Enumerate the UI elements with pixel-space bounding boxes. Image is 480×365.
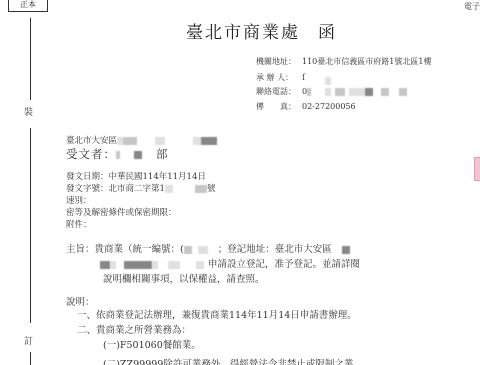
document-number: 發文字號：北市商二字第1號 xyxy=(66,182,215,194)
header-fax: 傳 真：02-27200056 xyxy=(256,101,356,112)
redaction xyxy=(195,185,207,193)
binding-mark-zhuang: 裝 xyxy=(24,105,33,118)
redaction xyxy=(349,88,365,96)
redaction xyxy=(335,88,345,96)
binding-line-middle xyxy=(30,128,31,323)
subject-line-3: 說明欄相關事項，以保權益，請查照。 xyxy=(103,271,265,285)
document-title: 臺北市商業處函 xyxy=(186,18,337,43)
binding-mark-ding: 訂 xyxy=(24,334,33,347)
red-seal-stamp xyxy=(474,157,480,181)
electronic-label: 電子 xyxy=(464,1,480,12)
redaction xyxy=(307,88,311,96)
business-item-1: (一)F501060餐館業。 xyxy=(103,337,201,351)
redaction xyxy=(134,151,142,159)
issuing-agency: 臺北市商業處 xyxy=(186,23,300,43)
redaction xyxy=(168,261,180,269)
redaction xyxy=(124,261,152,269)
redaction xyxy=(342,246,350,254)
redaction xyxy=(399,88,407,96)
redaction xyxy=(184,246,192,254)
recipient: 受文者：部 xyxy=(66,146,169,162)
redaction xyxy=(196,261,204,269)
header-handler: 承 辦 人：ſ xyxy=(256,71,331,85)
redaction xyxy=(325,88,331,96)
attachment: 附件： xyxy=(66,218,92,230)
binding-line-bottom xyxy=(30,352,31,365)
redaction xyxy=(110,261,116,269)
business-item-2: (二)ZZ99999除許可業務外，得經營法令非禁止或限制之業 xyxy=(103,356,353,365)
copy-type-box: 正本 xyxy=(8,0,48,12)
redaction xyxy=(193,137,201,145)
redaction xyxy=(201,137,217,145)
redaction xyxy=(381,88,389,96)
header-phone: 聯絡電話：0 xyxy=(256,86,407,97)
explanation-label: 說明： xyxy=(66,294,95,308)
redaction xyxy=(325,77,331,85)
redaction xyxy=(198,246,208,254)
secrecy: 密等及解密條件或保密期限： xyxy=(66,206,177,218)
speed: 速別： xyxy=(66,194,92,206)
redaction xyxy=(165,185,173,193)
recipient-address: 臺北市大安區 xyxy=(66,134,217,146)
redaction xyxy=(152,261,158,269)
explanation-item-1: 一、依商業登記法辦理，兼復貴商業114年11月14日申請書辦理。 xyxy=(77,307,357,321)
subject-line-2: 申請設立登記，准予登記。並請詳閱 xyxy=(100,256,360,270)
binding-line-top xyxy=(30,18,31,100)
explanation-item-2: 二、貴商業之所營業務為： xyxy=(77,322,191,336)
redaction xyxy=(123,137,137,145)
redaction xyxy=(365,88,373,96)
redaction xyxy=(116,151,120,159)
header-address: 機關地址：110臺北市信義區市府路1號北區1樓 xyxy=(256,56,431,67)
document-type: 函 xyxy=(318,23,337,43)
subject-line-1: 主旨：貴商業（統一編號：(；登記地址：臺北市大安區 xyxy=(66,241,350,255)
redaction xyxy=(155,137,165,145)
issue-date: 發文日期：中華民國114年11月14日 xyxy=(66,170,206,182)
redaction xyxy=(100,261,110,269)
